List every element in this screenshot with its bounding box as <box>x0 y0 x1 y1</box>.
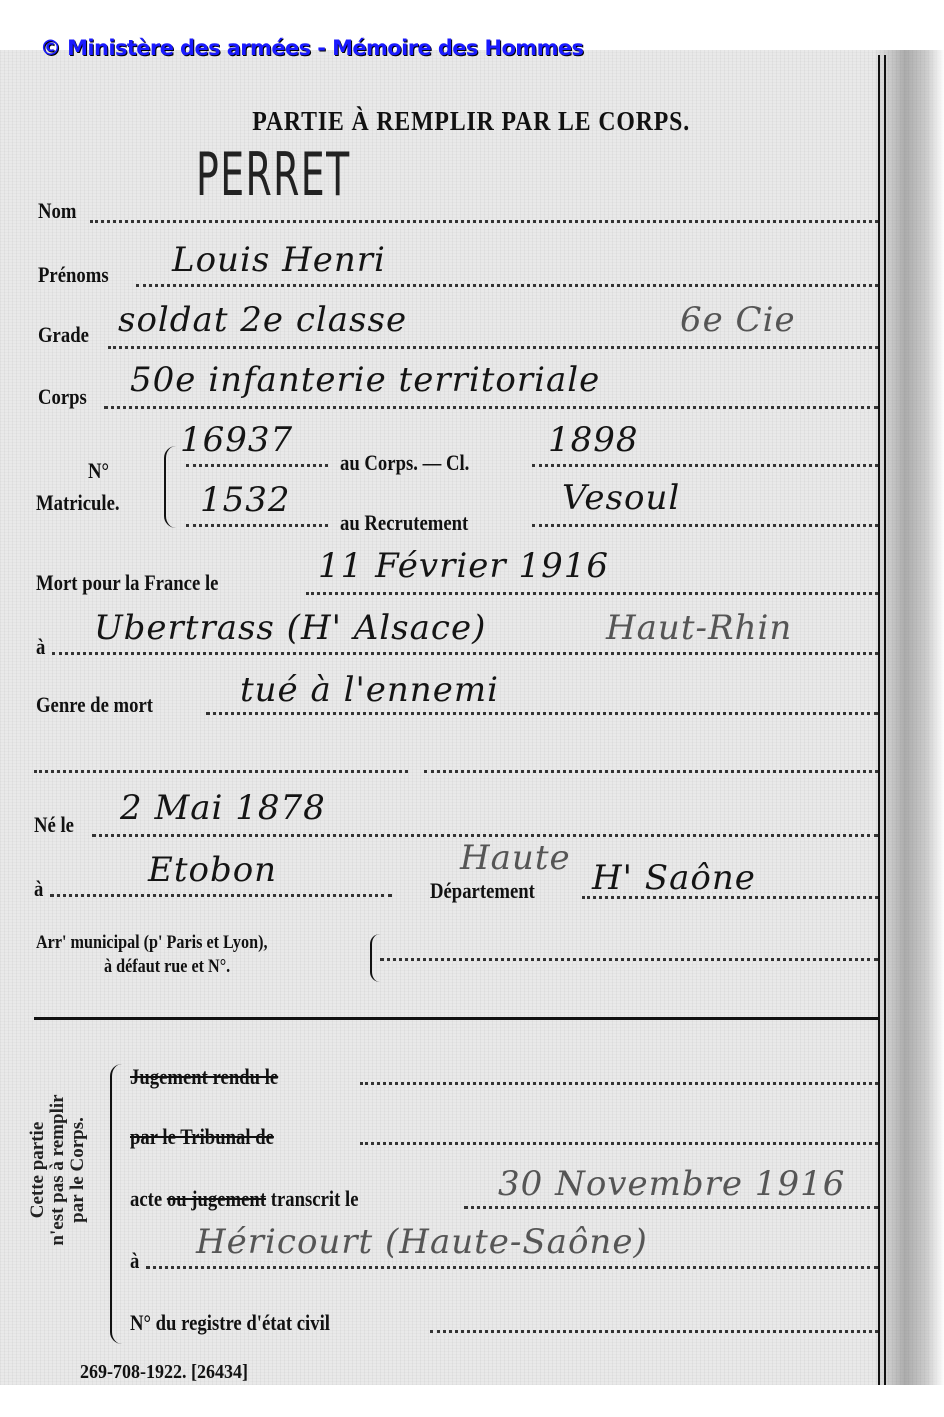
form-title: PARTIE À REMPLIR PAR LE CORPS. <box>56 106 887 137</box>
label-lieu-deces: à <box>36 634 45 660</box>
field-line-lieu-deces <box>52 652 878 655</box>
label-par-tribunal: par le Tribunal de <box>130 1124 274 1150</box>
label-grade: Grade <box>38 322 89 348</box>
field-line-registre <box>430 1330 878 1333</box>
value-lieu-transcription: Héricourt (Haute-Saône) <box>196 1222 648 1262</box>
print-reference: 269-708-1922. [26434] <box>80 1361 248 1384</box>
label-lieu-naissance: à <box>34 876 43 902</box>
label-au-corps-classe: au Corps. — Cl. <box>340 450 469 476</box>
label-departement: Département <box>430 878 535 904</box>
value-corps: 50e infanterie territoriale <box>130 360 600 400</box>
field-line-lieu-naissance <box>50 894 392 897</box>
field-line-classe <box>532 464 878 467</box>
value-transcrit-le: 30 Novembre 1916 <box>498 1164 845 1204</box>
value-lieu-naissance: Etobon <box>148 850 277 890</box>
section-divider <box>34 1017 878 1020</box>
field-line-nom <box>90 220 878 223</box>
value-classe: 1898 <box>548 420 639 460</box>
field-line-jugement-rendu <box>360 1082 878 1085</box>
side-note-line2: n'est pas à remplir <box>48 1040 68 1300</box>
label-registre-etat-civil: N° du registre d'état civil <box>130 1310 330 1336</box>
field-line-date-naissance <box>92 834 878 837</box>
value-lieu-deces: Ubertrass (H' Alsace) <box>94 608 486 648</box>
label-transcrit-le: transcrit le <box>271 1186 359 1211</box>
field-line-arr-municipal <box>380 958 878 961</box>
label-acte: acte <box>130 1186 162 1211</box>
value-matricule-recrutement: 1532 <box>200 480 291 520</box>
label-ne-le: Né le <box>34 812 74 838</box>
value-genre-de-mort: tué à l'ennemi <box>240 670 499 710</box>
field-line-date-deces <box>306 592 878 595</box>
value-departement-ajout: Haute <box>460 838 571 878</box>
label-genre-de-mort: Genre de mort <box>36 692 153 718</box>
field-line-genre-de-mort <box>206 712 878 715</box>
label-lieu-transcription: à <box>130 1248 139 1274</box>
label-no: N° <box>88 458 109 484</box>
field-line-tribunal <box>360 1142 878 1145</box>
value-prenoms: Louis Henri <box>172 240 386 280</box>
field-line-matricule-corps <box>186 464 328 467</box>
value-date-deces: 11 Février 1916 <box>318 546 609 586</box>
field-line-transcrit-le <box>464 1206 878 1209</box>
value-nom: PERRET <box>196 140 351 209</box>
field-line-prenoms <box>136 284 878 287</box>
field-line-lieu-transcription <box>146 1266 878 1269</box>
value-lieu-deces-ajout: Haut-Rhin <box>606 608 792 648</box>
label-acte-transcrit: acte ou jugement transcrit le <box>130 1186 358 1212</box>
label-corps: Corps <box>38 384 87 410</box>
margin-rule-right <box>884 55 886 1385</box>
label-jugement-rendu: Jugement rendu le <box>130 1064 278 1090</box>
value-recrutement: Vesoul <box>562 478 680 518</box>
field-line-matricule-recrutement <box>186 524 328 527</box>
label-ou-jugement-struck: ou jugement <box>167 1186 266 1211</box>
value-compagnie: 6e Cie <box>680 300 796 340</box>
field-line-grade <box>108 346 878 349</box>
label-prenoms: Prénoms <box>38 262 109 288</box>
matricule-brace <box>164 446 176 528</box>
copyright-watermark: © Ministère des armées - Mémoire des Hom… <box>40 36 583 60</box>
label-au-recrutement: au Recrutement <box>340 510 468 536</box>
value-grade: soldat 2e classe <box>118 300 407 340</box>
value-date-naissance: 2 Mai 1878 <box>120 788 326 828</box>
value-matricule-corps: 16937 <box>180 420 293 460</box>
margin-rule-left <box>878 55 880 1385</box>
side-note-not-for-corps: Cette partie n'est pas à remplir par le … <box>28 1040 88 1300</box>
arr-municipal-brace <box>370 934 380 982</box>
side-note-line3: par le Corps. <box>68 1040 88 1300</box>
label-matricule: Matricule. <box>36 490 120 516</box>
label-nom: Nom <box>38 198 76 224</box>
label-mort-pour-la-france: Mort pour la France le <box>36 570 218 596</box>
label-arr-municipal-line1: Arr' municipal (p' Paris et Lyon), <box>36 932 267 954</box>
field-line-extra-left <box>34 770 408 773</box>
field-line-recrutement <box>532 524 878 527</box>
label-arr-municipal-line2: à défaut rue et N°. <box>104 956 230 978</box>
civil-section-brace <box>110 1064 122 1344</box>
field-line-corps <box>104 406 878 409</box>
side-note-line1: Cette partie <box>28 1040 48 1300</box>
value-departement: H' Saône <box>592 858 756 898</box>
field-line-extra-right <box>424 770 878 773</box>
